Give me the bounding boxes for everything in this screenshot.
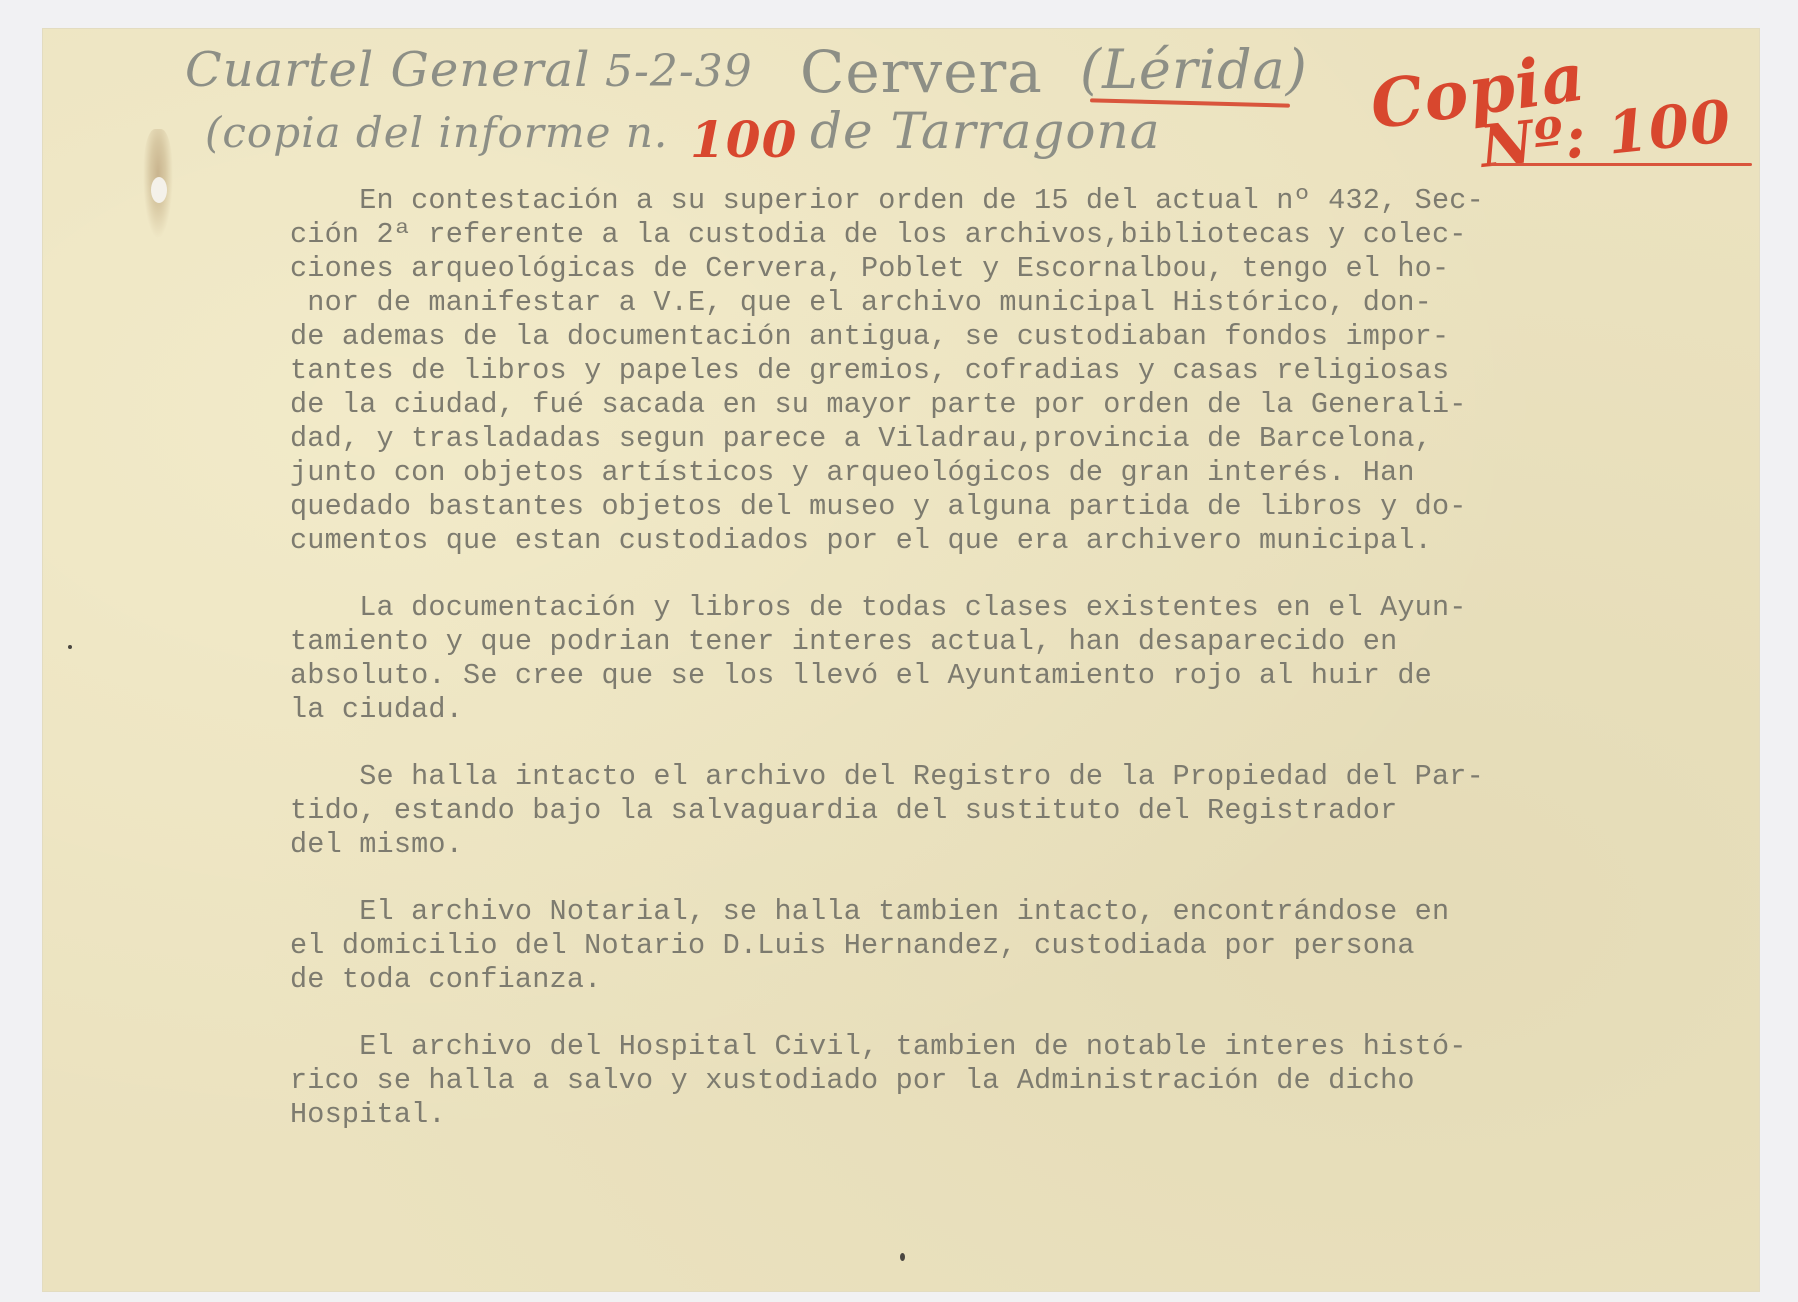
text-line: el domicilio del Notario D.Luis Hernande… (290, 929, 1690, 963)
text-line: dad, y trasladadas segun parece a Viladr… (290, 422, 1690, 456)
paragraph-2: La documentación y libros de todas clase… (290, 591, 1690, 727)
paper-hole (151, 177, 167, 203)
text-line: En contestación a su superior orden de 1… (290, 184, 1690, 218)
text-line: de la ciudad, fué sacada en su mayor par… (290, 388, 1690, 422)
ink-speck (68, 645, 72, 649)
handwritten-place: Cuartel General (185, 42, 591, 98)
typed-body: En contestación a su superior orden de 1… (290, 184, 1690, 1165)
handwritten-date: 5-2-39 (605, 46, 753, 97)
text-line: ción 2ª referente a la custodia de los a… (290, 218, 1690, 252)
text-line: tantes de libros y papeles de gremios, c… (290, 354, 1690, 388)
text-line: de ademas de la documentación antigua, s… (290, 320, 1690, 354)
text-line: rico se halla a salvo y xustodiado por l… (290, 1064, 1690, 1098)
text-line: cumentos que estan custodiados por el qu… (290, 524, 1690, 558)
handwritten-province: (Lérida) (1080, 38, 1308, 101)
handwritten-city: Cervera (800, 38, 1043, 106)
handwritten-report-number: 100 (690, 110, 797, 169)
text-line: ciones arqueológicas de Cervera, Poblet … (290, 252, 1690, 286)
text-line: tamiento y que podrian tener interes act… (290, 625, 1690, 659)
text-line: La documentación y libros de todas clase… (290, 591, 1690, 625)
paragraph-3: Se halla intacto el archivo del Registro… (290, 760, 1690, 862)
handwritten-origin: de Tarragona (810, 102, 1161, 160)
paragraph-1: En contestación a su superior orden de 1… (290, 184, 1690, 558)
text-line: la ciudad. (290, 693, 1690, 727)
ink-speck (900, 1253, 905, 1261)
red-number-underline (1490, 163, 1752, 166)
text-line: quedado bastantes objetos del museo y al… (290, 490, 1690, 524)
text-line: El archivo del Hospital Civil, tambien d… (290, 1030, 1690, 1064)
text-line: Hospital. (290, 1098, 1690, 1132)
text-line: tido, estando bajo la salvaguardia del s… (290, 794, 1690, 828)
text-line: junto con objetos artísticos y arqueológ… (290, 456, 1690, 490)
text-line: El archivo Notarial, se halla tambien in… (290, 895, 1690, 929)
paragraph-4: El archivo Notarial, se halla tambien in… (290, 895, 1690, 997)
text-line: Se halla intacto el archivo del Registro… (290, 760, 1690, 794)
text-line: del mismo. (290, 828, 1690, 862)
text-line: absoluto. Se cree que se los llevó el Ay… (290, 659, 1690, 693)
text-line: nor de manifestar a V.E, que el archivo … (290, 286, 1690, 320)
text-line: de toda confianza. (290, 963, 1690, 997)
paragraph-5: El archivo del Hospital Civil, tambien d… (290, 1030, 1690, 1132)
handwritten-copy-note: (copia del informe n. (205, 108, 668, 157)
